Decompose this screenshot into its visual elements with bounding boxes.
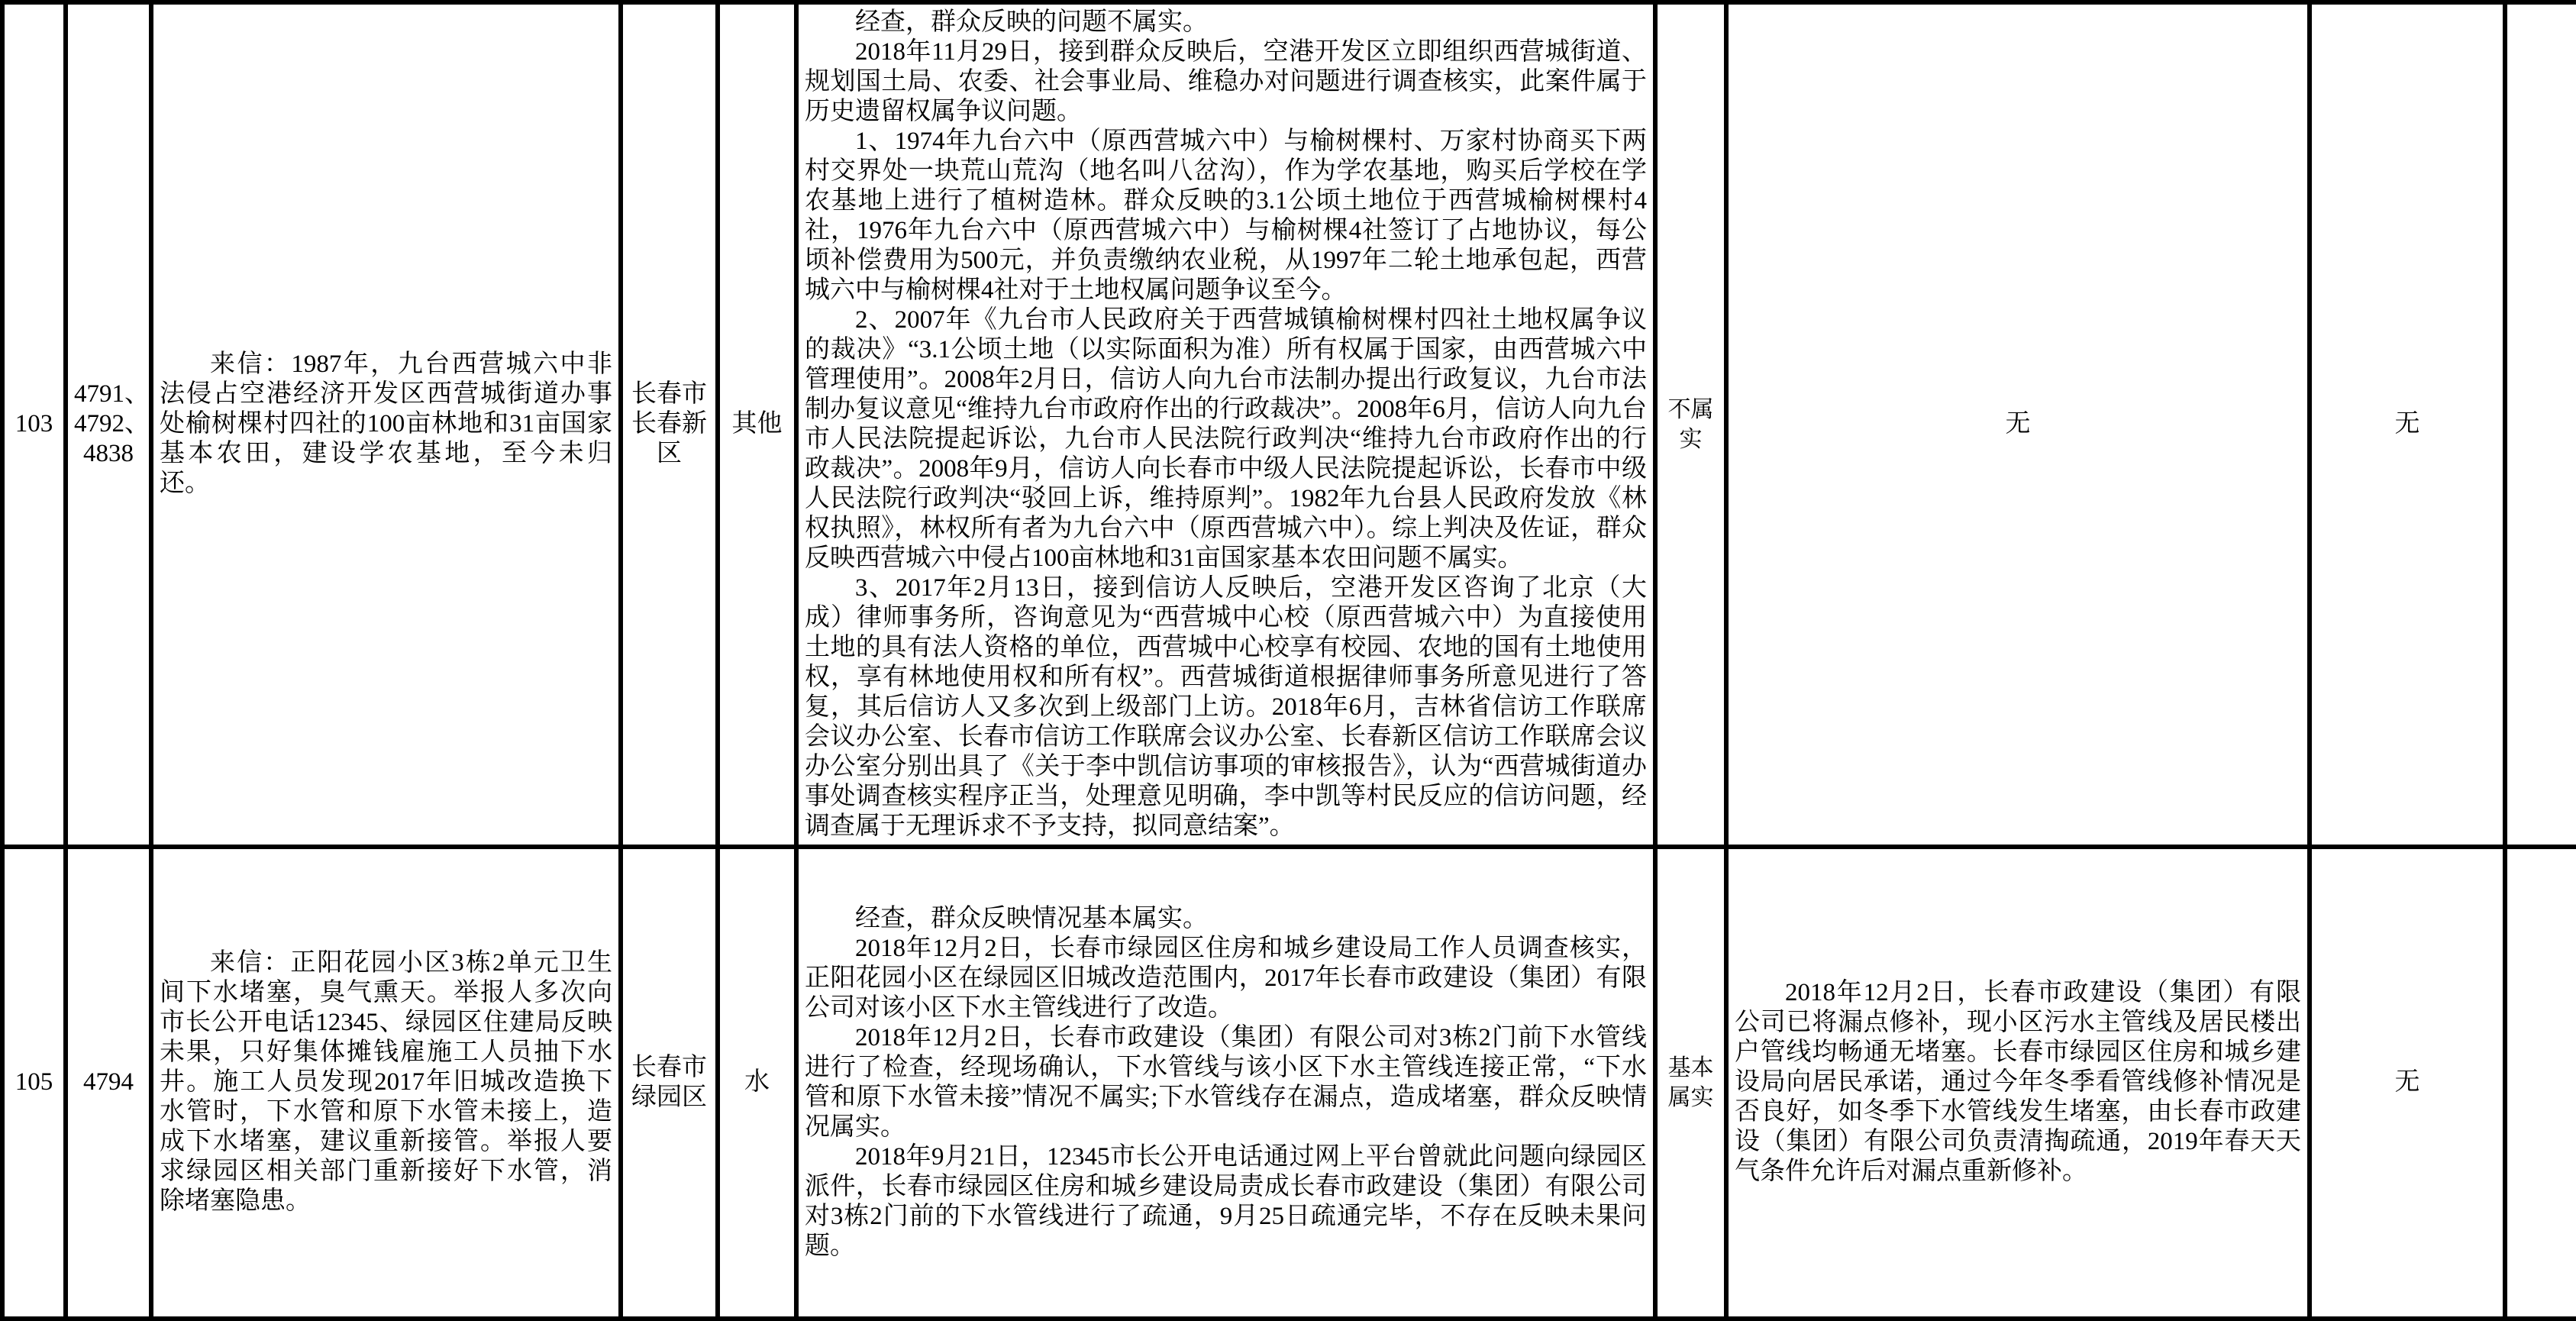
category-cell: 其他 [718, 2, 796, 847]
investigation-cell: 经查，群众反映的问题不属实。 2018年11月29日，接到群众反映后，空港开发区… [796, 2, 1655, 847]
clipped-edge-cell [2505, 2, 2576, 847]
table-row-105: 105 4794 来信：正阳花园小区3栋2单元卫生间下水堵塞，臭气熏天。举报人多… [2, 847, 2576, 1319]
case-numbers-cell: 4794 [66, 847, 151, 1319]
investigation-paragraph: 1、1974年九台六中（原西营城六中）与榆树棵村、万家村协商买下两村交界处一块荒… [805, 127, 1647, 305]
investigation-cell: 经查，群众反映情况基本属实。 2018年12月2日，长春市绿园区住房和城乡建设局… [796, 847, 1655, 1319]
verdict-cell: 基本属实 [1655, 847, 1726, 1319]
petition-review-table: 103 4791、 4792、 4838 来信：1987年，九台西营城六中非法侵… [0, 0, 2576, 1321]
accountability-cell: 无 [2310, 847, 2505, 1319]
investigation-paragraph: 经查，群众反映的问题不属实。 [805, 8, 1647, 37]
clipped-edge-cell [2505, 847, 2576, 1319]
investigation-paragraph: 2018年11月29日，接到群众反映后，空港开发区立即组织西营城街道、规划国土局… [805, 37, 1647, 127]
region-cell: 长春市长春新区 [621, 2, 718, 847]
handling-cell: 2018年12月2日，长春市政建设（集团）有限公司已将漏点修补，现小区污水主管线… [1726, 847, 2310, 1319]
accountability-cell: 无 [2310, 2, 2505, 847]
table-row-103: 103 4791、 4792、 4838 来信：1987年，九台西营城六中非法侵… [2, 2, 2576, 847]
investigation-paragraph: 经查，群众反映情况基本属实。 [805, 904, 1647, 934]
letter-content-cell: 来信：1987年，九台西营城六中非法侵占空港经济开发区西营城街道办事处榆树棵村四… [151, 2, 621, 847]
letter-paragraph: 来信：正阳花园小区3栋2单元卫生间下水堵塞，臭气熏天。举报人多次向市长公开电话1… [160, 948, 612, 1216]
investigation-paragraph: 2018年12月2日，长春市政建设（集团）有限公司对3栋2门前下水管线进行了检查… [805, 1023, 1647, 1142]
category-cell: 水 [718, 847, 796, 1319]
case-numbers-cell: 4791、 4792、 4838 [66, 2, 151, 847]
investigation-paragraph: 2、2007年《九台市人民政府关于西营城镇榆树棵村四社土地权属争议的裁决》“3.… [805, 305, 1647, 573]
verdict-cell: 不属实 [1655, 2, 1726, 847]
handling-cell: 无 [1726, 2, 2310, 847]
investigation-paragraph: 3、2017年2月13日，接到信访人反映后，空港开发区咨询了北京（大成）律师事务… [805, 573, 1647, 841]
region-cell: 长春市绿园区 [621, 847, 718, 1319]
seq-cell: 105 [2, 847, 66, 1319]
investigation-paragraph: 2018年12月2日，长春市绿园区住房和城乡建设局工作人员调查核实，正阳花园小区… [805, 934, 1647, 1023]
handling-paragraph: 2018年12月2日，长春市政建设（集团）有限公司已将漏点修补，现小区污水主管线… [1735, 978, 2301, 1187]
letter-content-cell: 来信：正阳花园小区3栋2单元卫生间下水堵塞，臭气熏天。举报人多次向市长公开电话1… [151, 847, 621, 1319]
seq-cell: 103 [2, 2, 66, 847]
investigation-paragraph: 2018年9月21日，12345市长公开电话通过网上平台曾就此问题向绿园区派件，… [805, 1142, 1647, 1261]
letter-paragraph: 来信：1987年，九台西营城六中非法侵占空港经济开发区西营城街道办事处榆树棵村四… [160, 350, 612, 499]
